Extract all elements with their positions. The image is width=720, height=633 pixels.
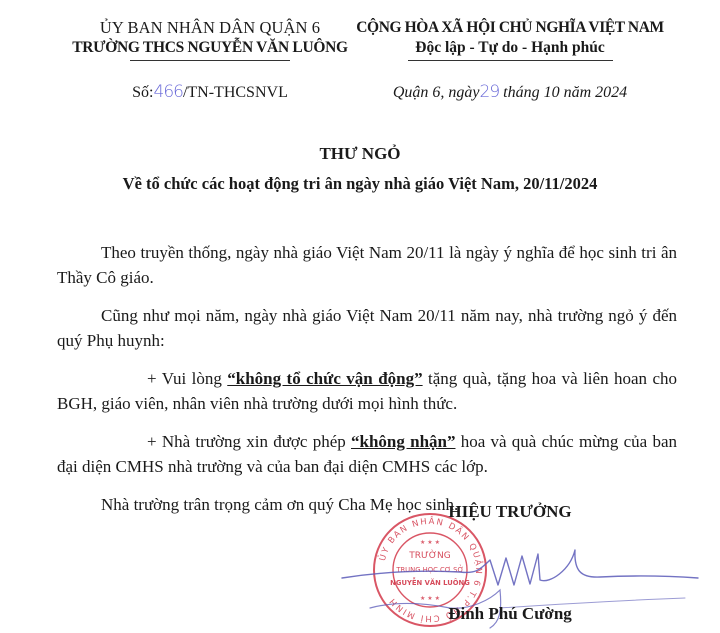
school-name: TRƯỜNG THCS NGUYỄN VĂN LUÔNG <box>60 38 360 57</box>
date-prefix: Quận 6, ngày <box>393 84 480 101</box>
national-motto: Độc lập - Tự do - Hạnh phúc <box>345 38 675 57</box>
item1-emphasis: “không tổ chức vận động” <box>227 369 422 388</box>
doc-number-handwritten: 466 <box>154 82 183 102</box>
doc-number-prefix: Số: <box>132 84 153 101</box>
item2-emphasis: “không nhận” <box>351 432 455 451</box>
authority-name: ỦY BAN NHÂN DÂN QUẬN 6 <box>60 18 360 38</box>
letter-title: THƯ NGỎ <box>0 144 720 164</box>
request-item-2: + Nhà trường xin được phép “không nhận” … <box>57 429 677 479</box>
date-day-handwritten: 29 <box>480 82 500 102</box>
request-item-1: + Vui lòng “không tổ chức vận động” tặng… <box>57 366 677 416</box>
paragraph-tradition: Theo truyền thống, ngày nhà giáo Việt Na… <box>57 240 677 290</box>
header-right: CỘNG HÒA XÃ HỘI CHỦ NGHĨA VIỆT NAM Độc l… <box>345 18 675 61</box>
letter-body: Theo truyền thống, ngày nhà giáo Việt Na… <box>57 240 677 530</box>
item2-prefix: + Nhà trường xin được phép <box>147 432 351 451</box>
signatory-name: Đinh Phú Cường <box>420 604 600 624</box>
header-left-underline <box>130 60 290 61</box>
date-line: Quận 6, ngày29 tháng 10 năm 2024 <box>345 82 675 102</box>
paragraph-request-intro: Cũng như mọi năm, ngày nhà giáo Việt Nam… <box>57 303 677 353</box>
date-suffix: tháng 10 năm 2024 <box>499 84 627 101</box>
document-number: Số:466/TN-THCSNVL <box>60 82 360 102</box>
item1-prefix: + Vui lòng <box>147 369 227 388</box>
header-right-underline <box>408 60 613 61</box>
letter-subtitle: Về tổ chức các hoạt động tri ân ngày nhà… <box>0 174 720 194</box>
header-left: ỦY BAN NHÂN DÂN QUẬN 6 TRƯỜNG THCS NGUYỄ… <box>60 18 360 61</box>
doc-number-suffix: /TN-THCSNVL <box>183 84 288 101</box>
nation-name: CỘNG HÒA XÃ HỘI CHỦ NGHĨA VIỆT NAM <box>345 18 675 38</box>
signatory-position: HIỆU TRƯỞNG <box>420 502 600 522</box>
